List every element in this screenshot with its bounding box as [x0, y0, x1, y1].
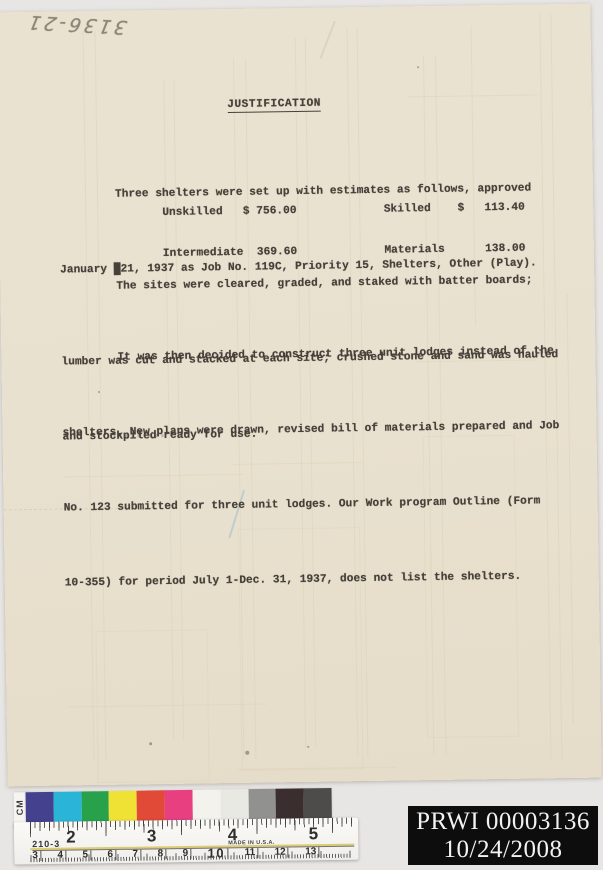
- archive-id-label: PRWI 00003136 10/24/2008: [408, 806, 598, 865]
- stain-speck: [417, 66, 419, 68]
- stain-speck: [149, 742, 152, 745]
- scanned-document-page: 3136-21 JUSTIFICATION Three shelters wer…: [0, 4, 602, 787]
- document-title-text: JUSTIFICATION: [227, 98, 321, 113]
- pencil-catalog-note: 3136-21: [20, 11, 128, 39]
- bleed-line: [567, 294, 574, 724]
- text-line: shelters. New plans were drawn, revised …: [62, 414, 559, 446]
- archive-id-number: PRWI 00003136: [416, 808, 590, 836]
- stain-speck: [307, 746, 309, 748]
- text-line: It was then decided to construct three u…: [61, 339, 558, 371]
- archive-scan-date: 10/24/2008: [444, 836, 563, 864]
- document-title: JUSTIFICATION: [0, 83, 522, 127]
- bleed-box: [95, 629, 209, 783]
- stain-speck: [245, 751, 249, 755]
- cost-row: Unskilled $ 756.00 Skilled $ 113.40: [162, 202, 525, 221]
- calibration-scale-assembly: CM 2345 210-3 MADE IN U.S.A. 34567891011…: [13, 784, 358, 869]
- paper-crease: [320, 21, 336, 59]
- text-line: No. 123 submitted for three unit lodges.…: [63, 489, 560, 521]
- cm-label: CM: [15, 799, 25, 815]
- text-line: 10-355) for period July 1-Dec. 31, 1937,…: [65, 564, 562, 596]
- ruler: 2345 210-3 MADE IN U.S.A. 34567891011121…: [14, 818, 359, 865]
- paragraph-3: It was then decided to construct three u…: [61, 289, 563, 646]
- color-calibration-bar: [26, 788, 332, 822]
